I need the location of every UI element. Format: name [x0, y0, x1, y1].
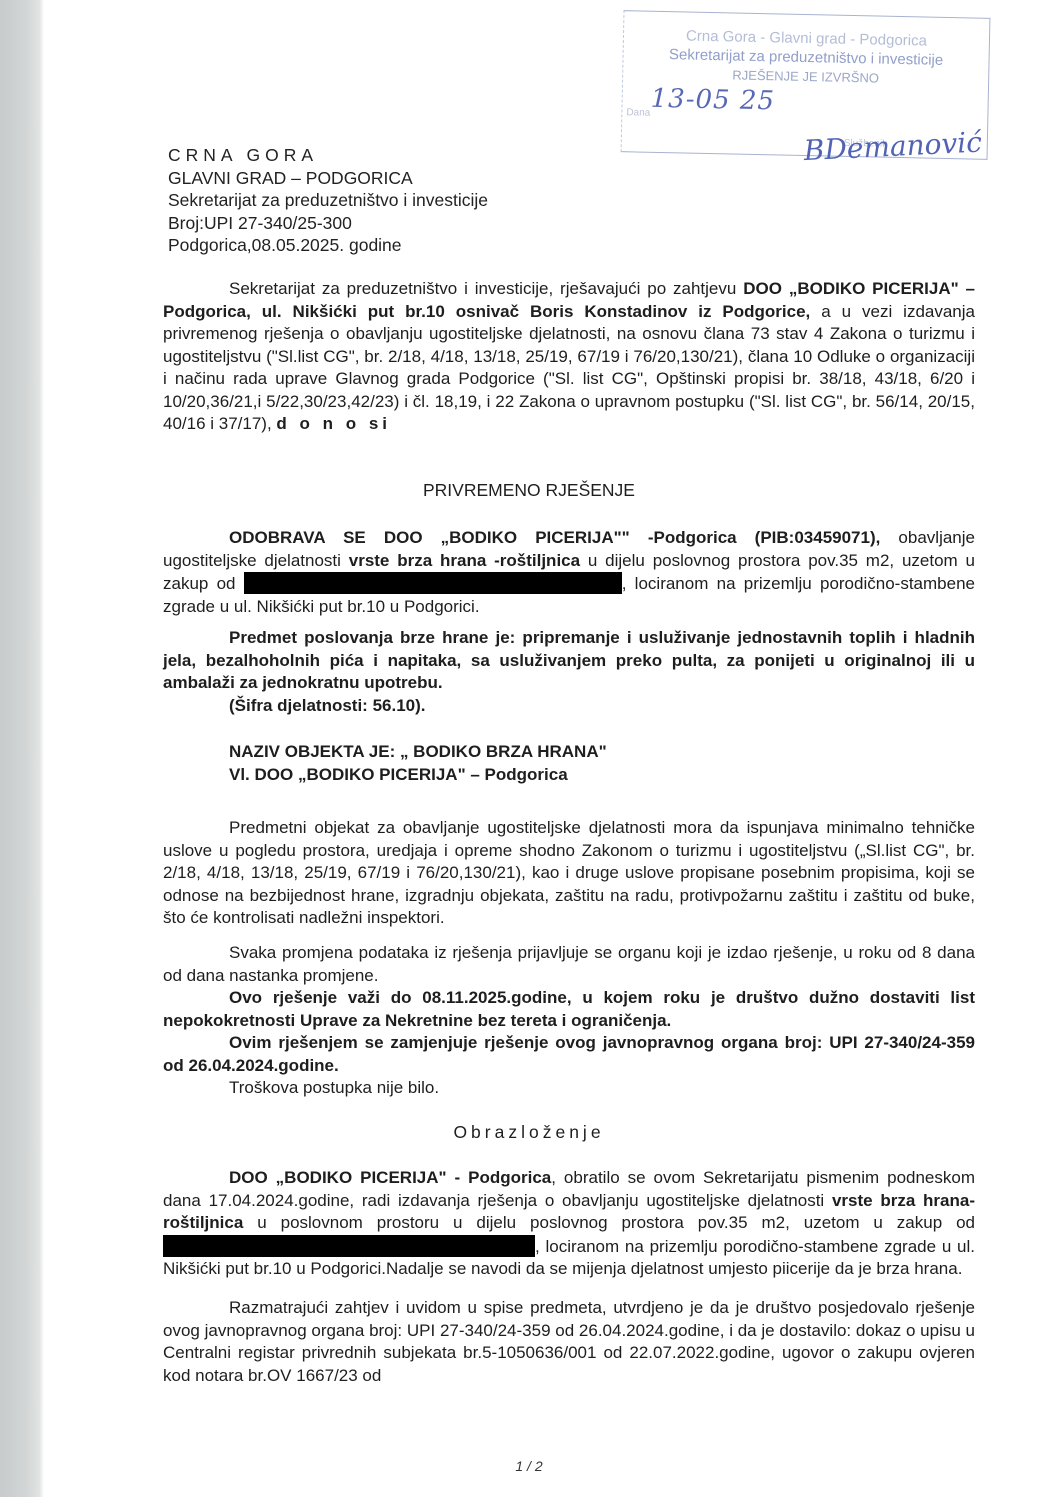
decision-paragraph-2: Predmet poslovanja brze hrane je: pripre… — [163, 627, 975, 717]
header-department: Sekretarijat za preduzetništvo i investi… — [168, 189, 488, 212]
decision-replacement: Ovim rješenjem se zamjenjuje rješenje ov… — [163, 1032, 975, 1077]
header-place-date: Podgorica,08.05.2025. godine — [168, 234, 488, 257]
intro-donosi: d o n o si — [276, 414, 391, 433]
decision-validity: Ovo rješenje važi do 08.11.2025.godine, … — [163, 987, 975, 1032]
reasoning-paragraph-1: DOO „BODIKO PICERIJA" - Podgorica, obrat… — [163, 1167, 975, 1281]
reasoning-title: Obrazloženje — [0, 1122, 1058, 1143]
decision-title: PRIVREMENO RJEŠENJE — [0, 480, 1058, 501]
object-name-block: NAZIV OBJEKTA JE: „ BODIKO BRZA HRANA" V… — [229, 741, 929, 786]
reasoning-applicant: DOO „BODIKO PICERIJA" - Podgorica — [229, 1168, 551, 1187]
decision-costs: Troškova postupka nije bilo. — [163, 1077, 975, 1100]
redacted-lessor — [163, 1235, 535, 1257]
header-city: GLAVNI GRAD – PODGORICA — [168, 167, 488, 190]
decision-paragraph-4: Svaka promjena podataka iz rješenja prij… — [163, 942, 975, 987]
header-country: CRNA GORA — [168, 144, 488, 167]
executive-stamp: Crna Gora - Glavni grad - Podgorica Sekr… — [621, 10, 991, 160]
page-number: 1 / 2 — [0, 1458, 1058, 1474]
decision-approval: ODOBRAVA SE DOO „BODIKO PICERIJA"" -Podg… — [229, 528, 880, 547]
decision-activity-type: vrste brza hrana -roštiljnica — [349, 551, 580, 570]
decision-paragraph-3: Predmetni objekat za obavljanje ugostite… — [163, 817, 975, 930]
scan-edge-shadow — [0, 0, 44, 1497]
document-header: CRNA GORA GLAVNI GRAD – PODGORICA Sekret… — [168, 144, 488, 257]
intro-text-1: Sekretarijat za preduzetništvo i investi… — [229, 279, 743, 298]
object-owner: Vl. DOO „BODIKO PICERIJA" – Podgorica — [229, 764, 929, 787]
decision-paragraph-1: ODOBRAVA SE DOO „BODIKO PICERIJA"" -Podg… — [163, 527, 975, 618]
object-name: NAZIV OBJEKTA JE: „ BODIKO BRZA HRANA" — [229, 741, 929, 764]
business-scope: Predmet poslovanja brze hrane je: pripre… — [163, 627, 975, 695]
reasoning-text-2: u poslovnom prostoru u dijelu poslovnog … — [243, 1213, 975, 1232]
redacted-lessor — [244, 572, 622, 594]
stamp-handwritten-date: 13-05 25 — [650, 90, 775, 112]
header-number: Broj:UPI 27-340/25-300 — [168, 212, 488, 235]
stamp-date-label: Dana — [626, 103, 650, 122]
reasoning-paragraph-2: Razmatrajući zahtjev i uvidom u spise pr… — [163, 1297, 975, 1387]
intro-paragraph: Sekretarijat za preduzetništvo i investi… — [163, 278, 975, 436]
activity-code: (Šifra djelatnosti: 56.10). — [163, 695, 975, 718]
signature: BDemanović — [803, 133, 982, 161]
